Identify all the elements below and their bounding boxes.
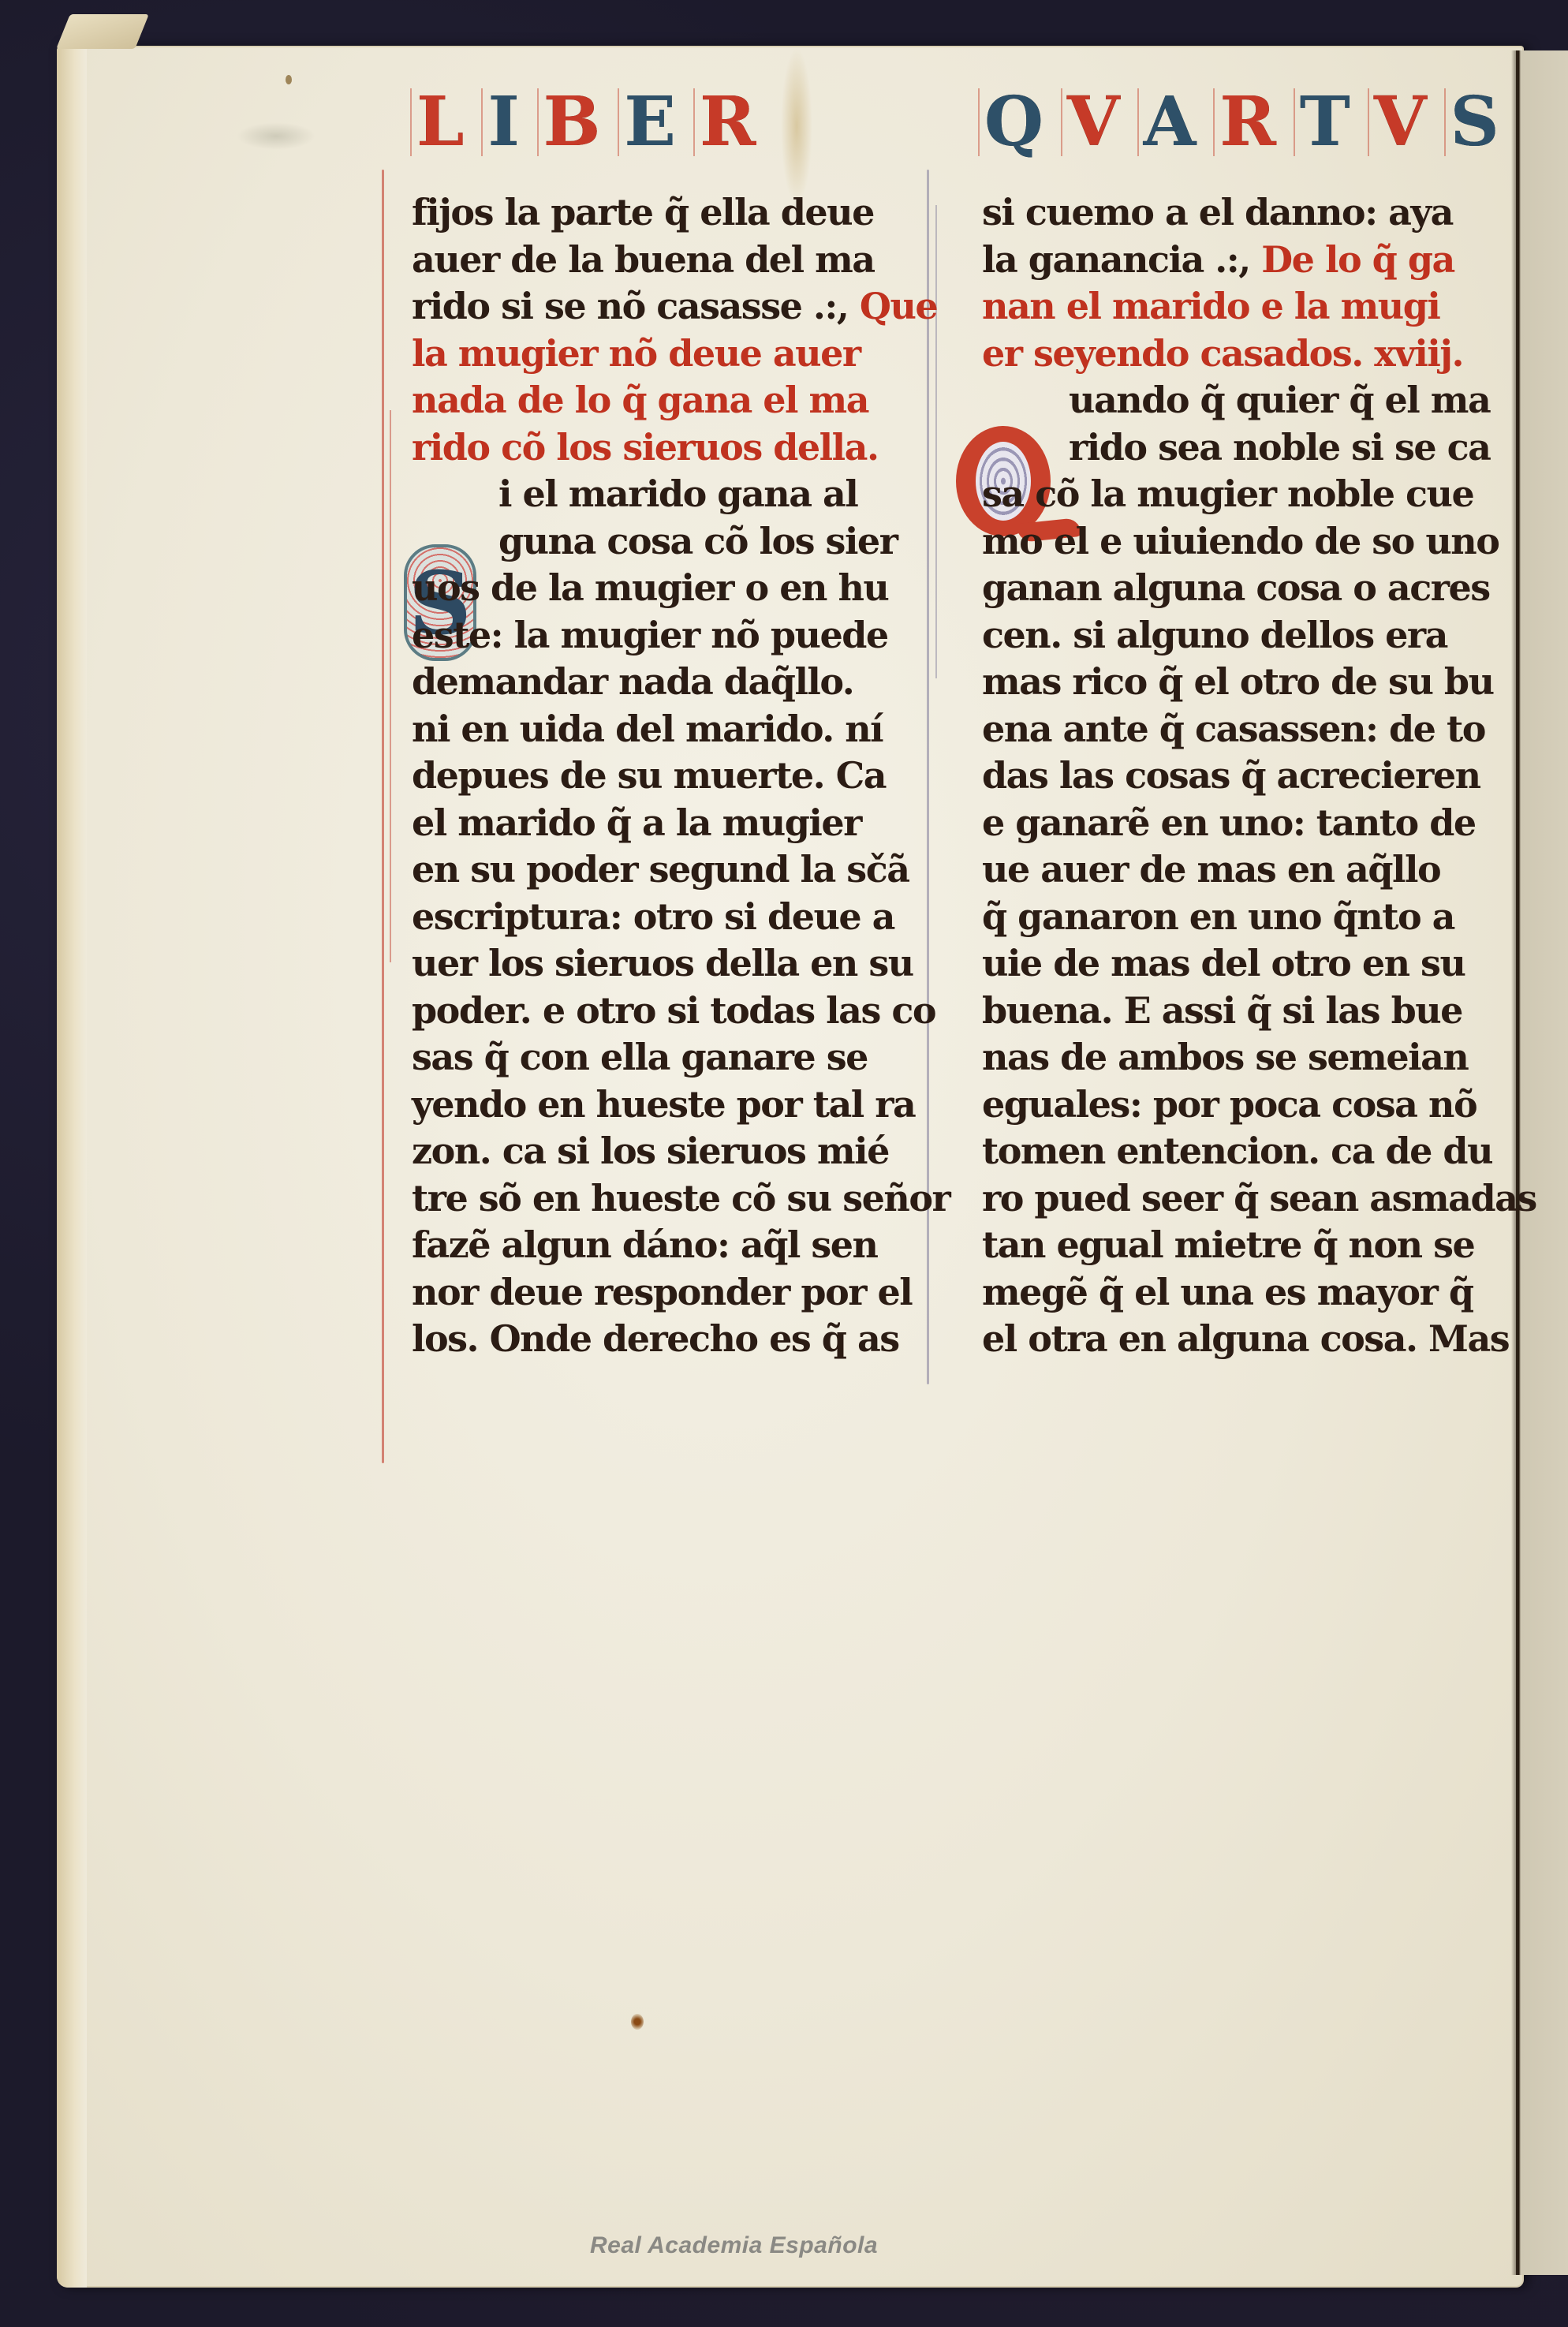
line-text: la ganancia .:, (982, 238, 1250, 281)
manuscript-line: auer de la buena del ma (412, 237, 901, 284)
manuscript-line: nan el marido e la mugi (982, 283, 1487, 331)
header-letter: E (618, 88, 685, 156)
manuscript-line: escriptura: otro si deue a (412, 894, 901, 941)
manuscript-line: en su poder segund la sčã (412, 846, 901, 894)
manuscript-line: tomen entencion. ca de du (982, 1128, 1487, 1175)
header-letter: R (693, 88, 765, 156)
manuscript-line: uos de la mugier o en hu (412, 565, 901, 612)
line-text: yendo en hueste por tal ra (412, 1083, 915, 1126)
manuscript-line: rido si se nõ casasse .:, Que (412, 283, 901, 331)
manuscript-line: i el marido gana al (412, 471, 901, 518)
line-text: rido si se nõ casasse .:, (412, 285, 848, 327)
line-text: rido sea noble si se ca (1069, 426, 1490, 469)
line-text: depues de su muerte. Ca (412, 754, 886, 797)
running-header-quartus: Q V A R T V S (978, 85, 1509, 156)
manuscript-line: fazẽ algun dáno: aq̃l sen (412, 1222, 901, 1269)
manuscript-line: el otra en alguna cosa. Mas (982, 1316, 1487, 1363)
line-text: nada de lo q̃ gana el ma (412, 379, 868, 421)
line-text: sas q̃ con ella ganare se (412, 1036, 868, 1078)
manuscript-line: uie de mas del otro en su (982, 940, 1487, 988)
decorative-flourish-violet (935, 205, 937, 678)
manuscript-line: tan egual mietre q̃ non se (982, 1222, 1487, 1269)
manuscript-line: zon. ca si los sieruos mié (412, 1128, 901, 1175)
folio-number-smudge (237, 122, 315, 150)
line-text: uos de la mugier o en hu (412, 566, 888, 609)
line-text: eguales: por poca cosa nõ (982, 1083, 1477, 1126)
ink-spot (631, 2014, 644, 2030)
header-letter: Q (978, 88, 1053, 156)
header-letter: T (1294, 88, 1360, 156)
manuscript-line: das las cosas q̃ acrecieren (982, 753, 1487, 800)
line-text: fazẽ algun dáno: aq̃l sen (412, 1223, 878, 1266)
line-text: megẽ q̃ el una es mayor q̃ (982, 1271, 1473, 1313)
line-text: sa cõ la mugier noble cue (982, 472, 1473, 515)
gutter-shadow (1511, 50, 1519, 2275)
folio-mark (286, 75, 292, 84)
line-text: tan egual mietre q̃ non se (982, 1223, 1474, 1266)
line-text: ro pued seer q̃ sean asmadas (982, 1177, 1536, 1220)
header-letter: V (1061, 88, 1129, 156)
line-text: tre sõ en hueste cõ su señor (412, 1177, 950, 1220)
line-text: si cuemo a el danno: aya (982, 191, 1453, 233)
manuscript-line: nada de lo q̃ gana el ma (412, 377, 901, 424)
manuscript-line: si cuemo a el danno: aya (982, 189, 1487, 237)
manuscript-line: megẽ q̃ el una es mayor q̃ (982, 1269, 1487, 1317)
manuscript-line: los. Onde derecho es q̃ as (412, 1316, 901, 1363)
line-text: nas de ambos se semeian (982, 1036, 1468, 1078)
manuscript-line: ganan alguna cosa o acres (982, 565, 1487, 612)
manuscript-line: nor deue responder por el (412, 1269, 901, 1317)
facing-page-edge (1516, 50, 1568, 2275)
watermark-real-academia: Real Academia Española (590, 2232, 878, 2259)
manuscript-line: cen. si alguno dellos era (982, 612, 1487, 659)
manuscript-line: buena. E assi q̃ si las bue (982, 988, 1487, 1035)
line-text: ena ante q̃ casassen: de to (982, 708, 1485, 750)
header-letter: V (1368, 88, 1436, 156)
line-text: poder. e otro si todas las co (412, 989, 935, 1032)
line-text: rido cõ los sieruos della. (412, 426, 878, 469)
line-text: i el marido gana al (498, 472, 857, 515)
line-text: cen. si alguno dellos era (982, 614, 1447, 656)
manuscript-line: rido sea noble si se ca (982, 424, 1487, 472)
manuscript-line: uando q̃ quier q̃ el ma (982, 377, 1487, 424)
page-edge-fold (57, 46, 87, 2288)
line-text: en su poder segund la sčã (412, 848, 909, 891)
manuscript-line: ni en uida del marido. ní (412, 706, 901, 753)
manuscript-line: mo el e uiuiendo de so uno (982, 518, 1487, 566)
line-text: buena. E assi q̃ si las bue (982, 989, 1462, 1032)
line-text: demandar nada daq̃llo. (412, 660, 853, 703)
manuscript-line: e ganarẽ en uno: tanto de (982, 800, 1487, 847)
manuscript-line: fijos la parte q̃ ella deue (412, 189, 901, 237)
manuscript-line: la mugier nõ deue auer (412, 331, 901, 378)
line-text: fijos la parte q̃ ella deue (412, 191, 874, 233)
manuscript-line: este: la mugier nõ puede (412, 612, 901, 659)
manuscript-line: sa cõ la mugier noble cue (982, 471, 1487, 518)
line-text: mas rico q̃ el otro de su bu (982, 660, 1494, 703)
header-letter: S (1444, 88, 1509, 156)
rubric-heading-start: Que (848, 285, 937, 327)
line-text: el otra en alguna cosa. Mas (982, 1317, 1509, 1360)
manuscript-line: q̃ ganaron en uno q̃nto a (982, 894, 1487, 941)
manuscript-line: uer los sieruos della en su (412, 940, 901, 988)
manuscript-line: depues de su muerte. Ca (412, 753, 901, 800)
line-text: los. Onde derecho es q̃ as (412, 1317, 899, 1360)
line-text: el marido q̃ a la mugier (412, 801, 861, 844)
line-text: ni en uida del marido. ní (412, 708, 883, 750)
header-letter: B (537, 88, 610, 156)
line-text: ganan alguna cosa o acres (982, 566, 1490, 609)
running-header-liber: L I B E R (410, 85, 765, 156)
decorative-flourish-red (382, 170, 384, 1463)
rubric-heading-start: De lo q̃ ga (1250, 238, 1454, 281)
manuscript-line: poder. e otro si todas las co (412, 988, 901, 1035)
line-text: uie de mas del otro en su (982, 942, 1465, 984)
header-letter: R (1213, 88, 1285, 156)
folded-corner (56, 14, 149, 49)
line-text: ue auer de mas en aq̃llo (982, 848, 1440, 891)
manuscript-line: guna cosa cõ los sier (412, 518, 901, 566)
line-text: guna cosa cõ los sier (498, 520, 897, 562)
line-text: nan el marido e la mugi (982, 285, 1439, 327)
manuscript-line: ro pued seer q̃ sean asmadas (982, 1175, 1487, 1223)
water-stain (781, 47, 812, 205)
header-letter: A (1137, 88, 1206, 156)
manuscript-line: ena ante q̃ casassen: de to (982, 706, 1487, 753)
decorative-flourish-red (390, 410, 391, 962)
line-text: auer de la buena del ma (412, 238, 875, 281)
manuscript-line: tre sõ en hueste cõ su señor (412, 1175, 901, 1223)
line-text: q̃ ganaron en uno q̃nto a (982, 895, 1454, 938)
line-text: la mugier nõ deue auer (412, 332, 861, 375)
manuscript-line: yendo en hueste por tal ra (412, 1081, 901, 1129)
manuscript-line: ue auer de mas en aq̃llo (982, 846, 1487, 894)
manuscript-line: rido cõ los sieruos della. (412, 424, 901, 472)
manuscript-line: demandar nada daq̃llo. (412, 659, 901, 706)
manuscript-line: eguales: por poca cosa nõ (982, 1081, 1487, 1129)
line-text: zon. ca si los sieruos mié (412, 1130, 889, 1172)
line-text: escriptura: otro si deue a (412, 895, 894, 938)
line-text: uando q̃ quier q̃ el ma (1069, 379, 1490, 421)
line-text: mo el e uiuiendo de so uno (982, 520, 1499, 562)
line-text: er seyendo casados. xviij. (982, 332, 1463, 375)
manuscript-line: el marido q̃ a la mugier (412, 800, 901, 847)
line-text: tomen entencion. ca de du (982, 1130, 1492, 1172)
text-column-left: fijos la parte q̃ ella deueauer de la bu… (412, 189, 901, 1363)
header-letter: L (410, 88, 473, 156)
line-text: este: la mugier nõ puede (412, 614, 888, 656)
text-column-right: si cuemo a el danno: ayala ganancia .:, … (982, 189, 1487, 1363)
manuscript-line: la ganancia .:, De lo q̃ ga (982, 237, 1487, 284)
line-text: e ganarẽ en uno: tanto de (982, 801, 1476, 844)
line-text: nor deue responder por el (412, 1271, 912, 1313)
manuscript-line: sas q̃ con ella ganare se (412, 1034, 901, 1081)
line-text: das las cosas q̃ acrecieren (982, 754, 1480, 797)
manuscript-line: mas rico q̃ el otro de su bu (982, 659, 1487, 706)
manuscript-line: nas de ambos se semeian (982, 1034, 1487, 1081)
header-letter: I (481, 88, 528, 156)
line-text: uer los sieruos della en su (412, 942, 913, 984)
manuscript-line: er seyendo casados. xviij. (982, 331, 1487, 378)
